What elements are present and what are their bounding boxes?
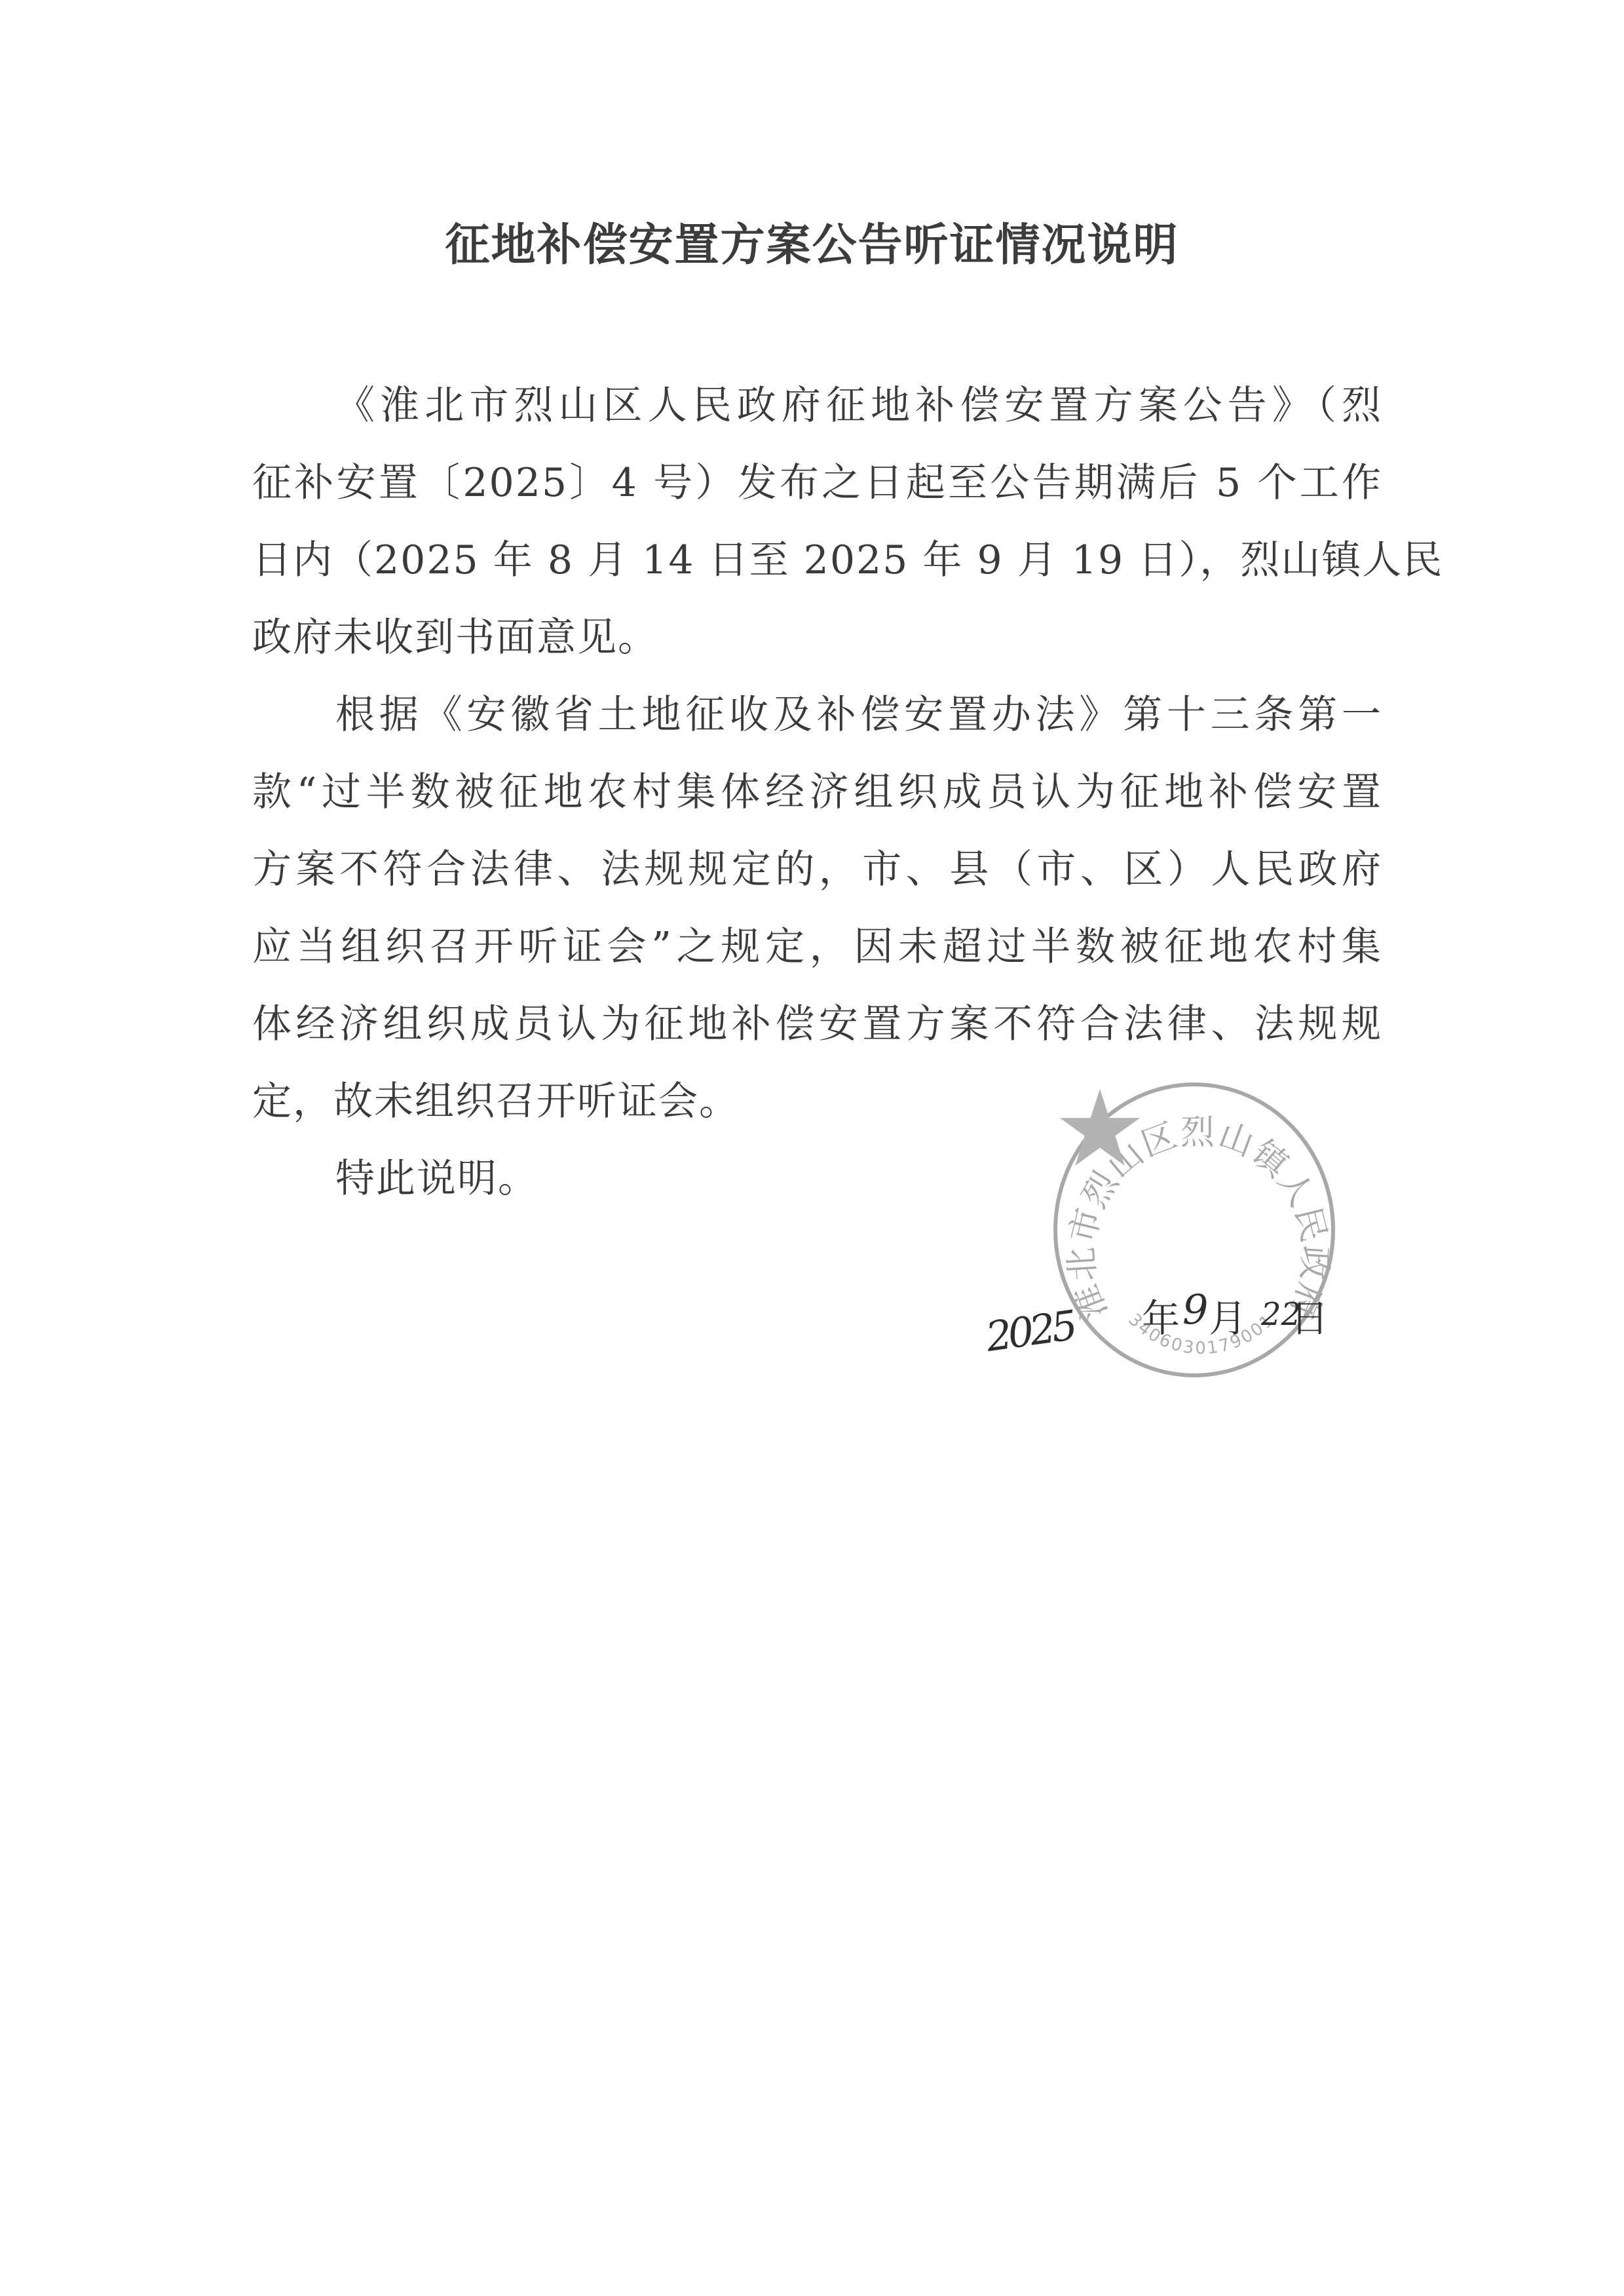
handwritten-year: 2025 [983,1301,1077,1361]
document-page: 征地补偿安置方案公告听证情况说明 《淮北市烈山区人民政府征地补偿安置方案公告》（… [0,0,1624,2296]
paragraph-line: 体经济组织成员认为征地补偿安置方案不符合法律、法规规 [252,985,1382,1063]
day-label: 日 [1291,1288,1329,1343]
paragraph-line: 《淮北市烈山区人民政府征地补偿安置方案公告》（烈 [252,367,1382,444]
signature-date: 2025 年 9 月 22 日 [986,1284,1353,1369]
paragraph-line: 应当组织召开听证会”之规定，因未超过半数被征地农村集 [252,908,1382,985]
paragraph-line: 征补安置〔2025〕4 号）发布之日起至公告期满后 5 个工作 [252,444,1382,522]
star-icon [1057,1086,1142,1172]
paragraph-line: 款“过半数被征地农村集体经济组织成员认为征地补偿安置 [252,754,1382,831]
paragraph-line: 政府未收到书面意见。 [252,599,1382,676]
handwritten-month: 9 [1182,1286,1208,1333]
paragraph-2: 根据《安徽省土地征收及补偿安置办法》第十三条第一 款“过半数被征地农村集体经济组… [252,676,1382,1140]
paragraph-line: 日内（2025 年 8 月 14 日至 2025 年 9 月 19 日），烈山镇… [252,522,1382,599]
paragraph-line: 方案不符合法律、法规规定的，市、县（市、区）人民政府 [252,831,1382,908]
document-title: 征地补偿安置方案公告听证情况说明 [0,216,1624,275]
year-label: 年 [1142,1288,1180,1343]
paragraph-1: 《淮北市烈山区人民政府征地补偿安置方案公告》（烈 征补安置〔2025〕4 号）发… [252,367,1382,676]
paragraph-line: 根据《安徽省土地征收及补偿安置办法》第十三条第一 [252,676,1382,754]
month-label: 月 [1209,1288,1247,1343]
